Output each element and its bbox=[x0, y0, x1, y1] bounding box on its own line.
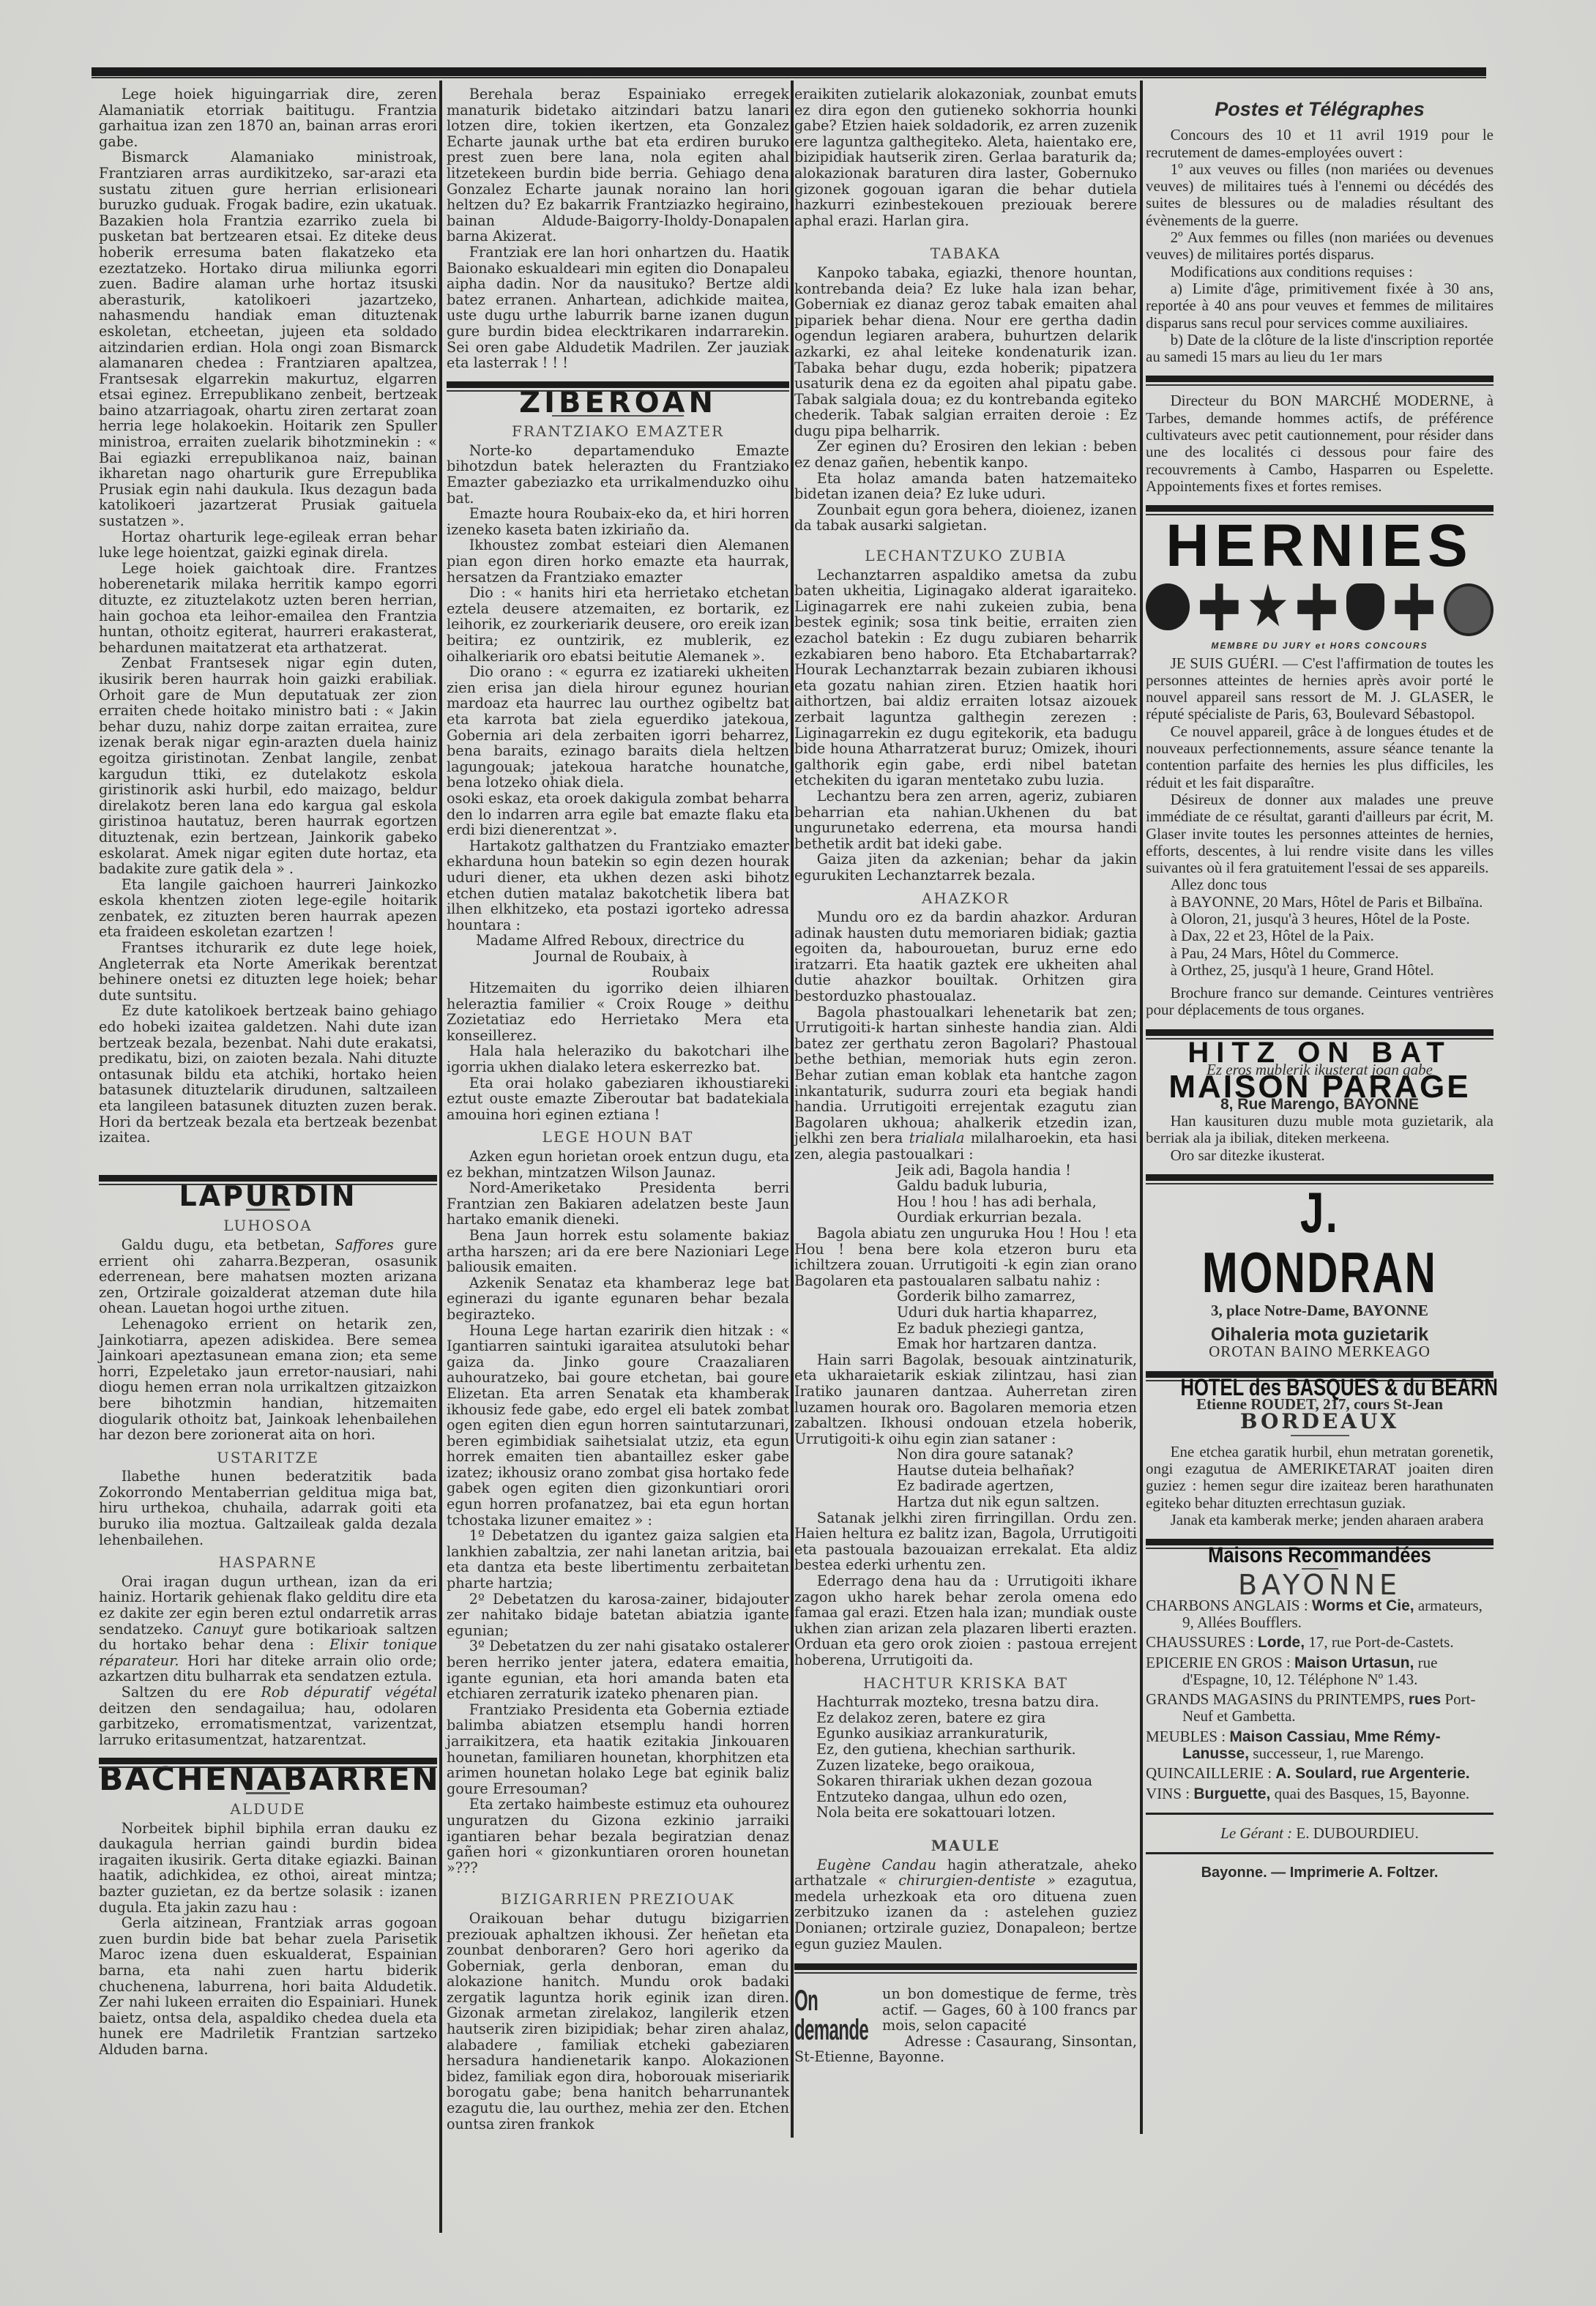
section-rule bbox=[1146, 1029, 1494, 1036]
paragraph: Frantziak ere lan hori onhartzen du. Haa… bbox=[447, 245, 789, 371]
paragraph: Bena Jaun horrek estu solamente bakiaz a… bbox=[447, 1228, 789, 1275]
paragraph: Eta orai holako gabeziaren ikhoustiareki… bbox=[447, 1075, 789, 1123]
gerant-line: Le Gérant : E. DUBOURDIEU. bbox=[1146, 1825, 1494, 1842]
postes-title: Postes et Télégraphes bbox=[1146, 101, 1494, 118]
rule bbox=[1146, 1852, 1494, 1854]
maison-parage-title: MAISON PARAGE bbox=[1146, 1078, 1494, 1095]
paragraph: Norte-ko departamenduko Emazte bihotzdun… bbox=[447, 443, 789, 506]
paragraph: Ez dute katolikoek bertzeak baino gehiag… bbox=[99, 1003, 437, 1145]
column-2: Berehala beraz Espainiako erregek manatu… bbox=[447, 86, 789, 2277]
paragraph: Zer eginen du? Erosiren den lekian : beb… bbox=[794, 439, 1137, 470]
paragraph: Frantziako Presidenta eta Gobernia eztia… bbox=[447, 1702, 789, 1797]
subheading: LEGE HOUN BAT bbox=[447, 1130, 789, 1146]
subheading: LUHOSOA bbox=[99, 1218, 437, 1234]
paragraph: 1º Debetatzen du igantez gaiza salgien e… bbox=[447, 1528, 789, 1591]
list-item: CHAUSSURES : Lorde, 17, rue Port-de-Cast… bbox=[1146, 1634, 1494, 1651]
paragraph: 3º Debetatzen du zer nahi gisatako ostal… bbox=[447, 1638, 789, 1701]
paragraph: Eta holaz amanda baten hatzemaiteko bide… bbox=[794, 471, 1137, 502]
paragraph: Zounbait egun gora behera, dioienez, iza… bbox=[794, 502, 1137, 534]
hotel-basques-title: HOTEL des BASQUES & du BEARN bbox=[1181, 1379, 1459, 1396]
paragraph: Hitzemaiten du igorriko deien ilhiaren h… bbox=[447, 980, 789, 1043]
medal-icon bbox=[1200, 583, 1239, 630]
paragraph: Gaiza jiten da azkenian; behar da jakin … bbox=[794, 851, 1137, 883]
newspaper-page: Lege hoiek higuingarriak dire, zeren Ala… bbox=[0, 0, 1596, 2306]
list-item: MEUBLES : Maison Cassiau, Mme Rémy-Lanus… bbox=[1146, 1728, 1494, 1763]
paragraph: Hain sarri Bagolak, besouak aintzinaturi… bbox=[794, 1352, 1137, 1447]
paragraph: Eta zertako haimbeste estimuz eta ouhour… bbox=[447, 1796, 789, 1876]
subheading: HASPARNE bbox=[99, 1555, 437, 1571]
medals-row bbox=[1146, 583, 1494, 636]
medal-icon bbox=[1395, 583, 1433, 630]
ornament bbox=[1291, 1435, 1349, 1436]
paragraph: Ilabethe hunen bederatzitik bada Zokorro… bbox=[99, 1469, 437, 1548]
medal-icon bbox=[1249, 583, 1288, 630]
section-title-ziberoan: ZIBEROAN bbox=[447, 395, 789, 411]
mondran-title: J. MONDRAN bbox=[1189, 1182, 1450, 1302]
section-title-bachenabarren: BACHENABARREN bbox=[99, 1772, 437, 1788]
paragraph: Hartakotz galthatzen du Frantziako emazt… bbox=[447, 838, 789, 933]
column-3: eraikiten zutielarik alokazoniak, zounba… bbox=[794, 86, 1137, 2277]
paragraph: Bagola phastoualkari lehenetarik bat zen… bbox=[794, 1004, 1137, 1163]
subheading: FRANTZIAKO EMAZTER bbox=[447, 424, 789, 440]
section-rule bbox=[1146, 505, 1494, 512]
paragraph: Houna Lege hartan ezaririk dien hitzak :… bbox=[447, 1323, 789, 1529]
verse: Hachturrak mozteko, tresna batzu dira.Ez… bbox=[794, 1694, 1137, 1821]
subheading: USTARITZE bbox=[99, 1450, 437, 1466]
medal-icon bbox=[1346, 583, 1385, 630]
subheading: LECHANTZUKO ZUBIA bbox=[794, 548, 1137, 564]
paragraph: Kanpoko tabaka, egiazki, thenore hountan… bbox=[794, 265, 1137, 439]
paragraph: Emazte houra Roubaix-eko da, et hiri hor… bbox=[447, 506, 789, 537]
subheading: AHAZKOR bbox=[794, 891, 1137, 907]
paragraph: Nord-Ameriketako Presidenta berri Frantz… bbox=[447, 1180, 789, 1228]
paragraph: Oraikouan behar dutugu bizigarrien prezi… bbox=[447, 1911, 789, 2132]
paragraph: Zenbat Frantsesek nigar egin duten, ikus… bbox=[99, 655, 437, 876]
list-item: CHARBONS ANGLAIS : Worms et Cie, armateu… bbox=[1146, 1597, 1494, 1632]
paragraph: 2º Debetatzen du karosa-zainer, bidajout… bbox=[447, 1592, 789, 1639]
subheading: BIZIGARRIEN PREZIOUAK bbox=[447, 1892, 789, 1908]
column-divider bbox=[1140, 81, 1143, 2134]
paragraph: Lehenagoko errient on hetarik zen, Jaink… bbox=[99, 1316, 437, 1443]
paragraph: osoki eskaz, eta oroek dakigula zombat b… bbox=[447, 791, 789, 838]
paragraph: Hala hala heleraziko du bakotchari ilhe … bbox=[447, 1043, 789, 1075]
list-item: GRANDS MAGASINS du PRINTEMPS, rues Port-… bbox=[1146, 1691, 1494, 1725]
paragraph: Berehala beraz Espainiako erregek manatu… bbox=[447, 86, 789, 245]
paragraph: Hortaz oharturik lege-egileak erran beha… bbox=[99, 529, 437, 561]
paragraph: Gerla aitzinean, Frantziak arras gogoan … bbox=[99, 1915, 437, 2057]
paragraph: Dio orano : « egurra ez izatiareki ukhei… bbox=[447, 664, 789, 791]
paragraph: Lechanztarren aspaldiko ametsa da zubu b… bbox=[794, 567, 1137, 788]
paragraph: Eta langile gaichoen haurreri Jainkozko … bbox=[99, 877, 437, 940]
paragraph: Saltzen du ere Rob dépuratif végétal dei… bbox=[99, 1684, 437, 1747]
paragraph: Azkenik Senataz eta khamberaz lege bat e… bbox=[447, 1275, 789, 1323]
maisons-recommandees-title: Maisons Recommandées bbox=[1172, 1547, 1468, 1564]
column-4-ads: Postes et Télégraphes Concours des 10 et… bbox=[1146, 86, 1494, 2277]
classified-ad: On demande un bon domestique de ferme, t… bbox=[794, 1986, 1137, 2065]
subheading: HACHTUR KRISKA BAT bbox=[794, 1676, 1137, 1692]
verse: Non dira goure satanak?Hautse duteia bel… bbox=[794, 1447, 1137, 1510]
paragraph: Lechantzu bera zen arren, ageriz, zubiar… bbox=[794, 788, 1137, 851]
paragraph: Ederrago dena hau da : Urrutigoiti ikhar… bbox=[794, 1573, 1137, 1668]
verse: Gorderik bilho zamarrez,Uduri duk hartia… bbox=[794, 1288, 1137, 1351]
list-item: EPICERIE EN GROS : Maison Urtasun, rue d… bbox=[1146, 1654, 1494, 1689]
subheading: MAULE bbox=[794, 1838, 1137, 1854]
medal-icon bbox=[1297, 583, 1336, 630]
column-divider bbox=[439, 81, 442, 2233]
verse: Jeik adi, Bagola handia !Galdu baduk lub… bbox=[794, 1163, 1137, 1225]
section-rule bbox=[99, 1758, 437, 1764]
paragraph: Eugène Candau hagin atheratzale, aheko a… bbox=[794, 1857, 1137, 1952]
list-item: QUINCAILLERIE : A. Soulard, rue Argenter… bbox=[1146, 1765, 1494, 1782]
top-rule bbox=[92, 67, 1486, 76]
paragraph: Galdu dugu, eta betbetan, Saffores gure … bbox=[99, 1237, 437, 1316]
address-block: Madame Alfred Reboux, directrice du Jour… bbox=[447, 933, 789, 980]
paragraph: Mundu oro ez da bardin ahazkor. Arduran … bbox=[794, 909, 1137, 1004]
rule bbox=[1146, 1813, 1494, 1815]
section-title-lapurdin: LAPURDIN bbox=[99, 1189, 437, 1205]
section-rule bbox=[447, 381, 789, 388]
hitz-on-bat-title: HITZ ON BAT bbox=[1146, 1045, 1494, 1061]
paragraph: Lege hoiek higuingarriak dire, zeren Ala… bbox=[99, 86, 437, 149]
medal-icon bbox=[1444, 583, 1494, 636]
paragraph: Azken egun horietan oroek entzun dugu, e… bbox=[447, 1149, 789, 1180]
section-rule bbox=[794, 1963, 1137, 1970]
paragraph: Satanak jelkhi ziren firringillan. Ordu … bbox=[794, 1510, 1137, 1573]
paragraph: Lege hoiek gaichtoak dire. Frantzes hobe… bbox=[99, 561, 437, 656]
paragraph: Bismarck Alamaniako ministroak, Frantzia… bbox=[99, 149, 437, 529]
medal-icon bbox=[1146, 583, 1190, 630]
paragraph: Orai iragan dugun urthean, izan da eri h… bbox=[99, 1574, 437, 1684]
paragraph: Dio : « hanits hiri eta herrietako etche… bbox=[447, 585, 789, 664]
paragraph: Frantses itchurarik ez dute lege hoiek, … bbox=[99, 940, 437, 1003]
paragraph: eraikiten zutielarik alokazoniak, zounba… bbox=[794, 86, 1137, 228]
paragraph: Norbeitek biphil biphila erran dauku ez … bbox=[99, 1821, 437, 1916]
subheading: TABAKA bbox=[794, 246, 1137, 262]
column-1: Lege hoiek higuingarriak dire, zeren Ala… bbox=[99, 86, 437, 2277]
paragraph: Bagola abiatu zen unguruka Hou ! Hou ! e… bbox=[794, 1225, 1137, 1288]
hernies-ad-title: HERNIES bbox=[1146, 513, 1494, 579]
paragraph: Ikhoustez zombat esteiari dien Alemanen … bbox=[447, 537, 789, 585]
list-item: VINS : Burguette, quai des Basques, 15, … bbox=[1146, 1786, 1494, 1802]
column-divider bbox=[791, 81, 794, 2138]
section-rule bbox=[1146, 376, 1494, 382]
bon-marche-ad: Directeur du BON MARCHÉ MODERNE, à Tarbe… bbox=[1146, 392, 1494, 495]
printer-line: Bayonne. — Imprimerie A. Foltzer. bbox=[1146, 1865, 1494, 1881]
section-rule bbox=[99, 1175, 437, 1182]
subheading: ALDUDE bbox=[99, 1802, 437, 1818]
